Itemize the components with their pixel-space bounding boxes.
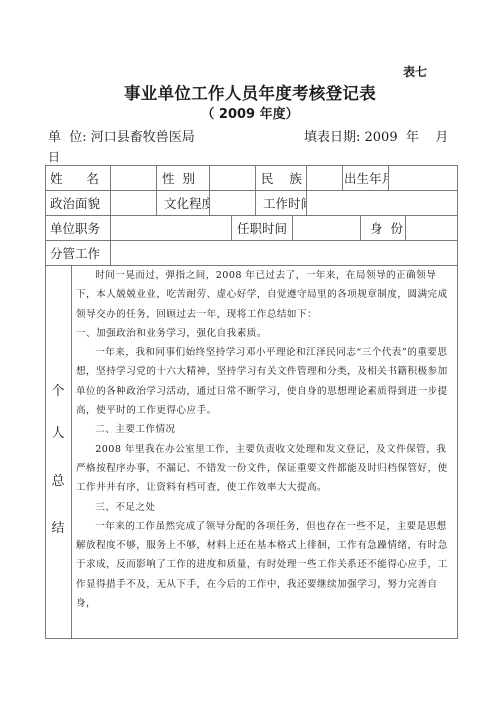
fill-date-field: 填表日期: 2009 年 月 [304,126,448,145]
personal-summary-text[interactable]: 时间一晃而过，弹指之间，2008 年已过去了，一年来，在局领导的正确领导下，本人… [76,266,454,613]
summary-paragraph-shortcomings: 一年来的工作虽然完成了领导分配的各项任务，但也存在一些不足，主要是思想解放程度不… [76,517,454,613]
summary-heading-2: 二、主要工作情况 [76,420,454,439]
birth-label: 出生年月 [342,166,388,191]
table-row-background: 政治面貌 文化程度 工作时间 [45,190,458,216]
summary-label-char-4: 结 [45,517,71,536]
duty-value[interactable] [110,241,458,266]
fill-date-day: 日 [48,148,60,165]
position-label: 单位职务 [45,216,110,241]
table-row-duties: 分管工作 [45,240,458,266]
tenure-label: 任职时间 [231,216,292,241]
identity-label: 身 份 [360,216,405,241]
form-number: 表七 [403,63,427,80]
table-row-position: 单位职务 任职时间 身 份 [45,215,458,241]
summary-heading-3: 三、不足之处 [76,498,454,517]
identity-value[interactable] [405,216,458,241]
duty-label: 分管工作 [45,241,110,266]
name-value[interactable] [110,166,156,191]
summary-paragraph-work: 2008 年里我在办公室里工作，主要负责收文处理和发文登记，及文件保管，我严格按… [76,440,454,498]
education-label: 文化程度 [156,191,209,216]
education-value[interactable] [209,191,255,216]
worktime-label: 工作时间 [255,191,306,216]
gender-value[interactable] [209,166,255,191]
summary-divider [71,265,72,639]
birth-value[interactable] [388,166,458,191]
political-label: 政治面貌 [45,191,110,216]
summary-heading-1: 一、加强政治和业务学习，强化自我素质。 [76,324,454,343]
document-title: 事业单位工作人员年度考核登记表 [0,80,500,104]
summary-label-char-2: 人 [45,422,71,441]
unit-field: 单 位: 河口县畜牧兽医局 [48,126,195,145]
document-year: （ 2009 年度） [0,103,500,122]
name-label: 姓 名 [45,166,110,191]
position-value[interactable] [110,216,231,241]
political-value[interactable] [110,191,156,216]
ethnicity-label: 民 族 [255,166,306,191]
worktime-value[interactable] [306,191,458,216]
summary-label-char-1: 个 [45,380,71,399]
summary-paragraph-study: 一年来，我和同事们始终坚持学习邓小平理论和江泽民同志“三个代表”的重要思想，坚持… [76,343,454,420]
gender-label: 性 别 [156,166,209,191]
ethnicity-value[interactable] [306,166,342,191]
summary-label-char-3: 总 [45,470,71,489]
table-row-basic-info: 姓 名 性 别 民 族 出生年月 [45,165,458,191]
personal-summary-label: 个 人 总 结 [45,265,71,639]
tenure-value[interactable] [292,216,360,241]
summary-paragraph-intro: 时间一晃而过，弹指之间，2008 年已过去了，一年来，在局领导的正确领导下，本人… [76,266,454,324]
